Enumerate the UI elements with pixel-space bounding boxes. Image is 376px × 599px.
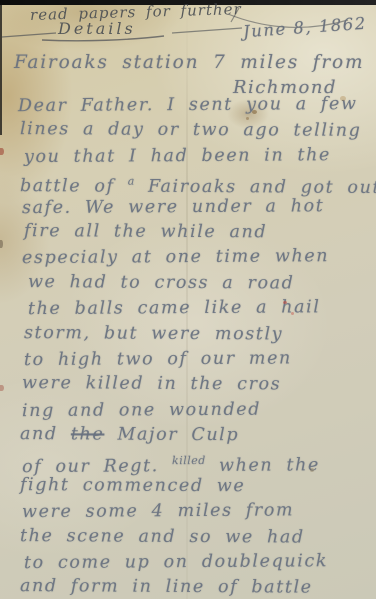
- letter-line: Dear Father. I sent you a few: [18, 92, 376, 120]
- letter-line: fight commenced we: [20, 473, 376, 500]
- inserted-word: a: [128, 175, 135, 188]
- paper-stain: [0, 148, 4, 155]
- paper-stain: [340, 96, 346, 101]
- paper-stain: [0, 240, 3, 248]
- letter-line: and the Major Culp: [20, 422, 376, 449]
- letter-line: storm, but were mostly: [24, 321, 376, 348]
- letter-line: fire all the while and: [24, 219, 376, 246]
- letter-heading-place: Fairoaks station 7 miles from: [14, 52, 364, 73]
- paper-stain: [310, 468, 314, 472]
- letter-line: and form in line of battle: [20, 574, 376, 599]
- letter-line: the scene and so we had: [20, 524, 376, 551]
- paper-stain: [283, 301, 287, 304]
- line-text: and: [20, 424, 71, 444]
- letter-date: June 8, 1862: [242, 14, 367, 42]
- paper-stain: [246, 117, 249, 120]
- letter-line: battle of a Fairoaks and got out: [20, 168, 376, 195]
- paper-stain: [291, 312, 294, 315]
- letter-line: ing and one wounded: [22, 397, 376, 425]
- letter-line: safe. We were under a hot: [22, 193, 376, 221]
- line-text: battle of: [20, 176, 128, 197]
- scan-edge-left: [0, 5, 2, 135]
- letter-line: the balls came like a hail: [28, 295, 376, 323]
- letter-page: read papers for further Details June 8, …: [0, 0, 376, 599]
- pencil-annotation-line2: Details: [58, 19, 136, 38]
- inserted-word: killed: [172, 454, 206, 467]
- struck-word: the: [71, 424, 105, 444]
- letter-line: especialy at one time when: [22, 244, 376, 272]
- letter-line: we had to cross a road: [28, 270, 376, 297]
- letter-line: to come up on doublequick: [24, 549, 376, 577]
- letter-line: lines a day or two ago telling: [20, 117, 376, 144]
- letter-line: you that I had been in the: [24, 143, 376, 171]
- paper-stain: [252, 110, 257, 114]
- letter-body: Dear Father. I sent you a few lines a da…: [10, 93, 376, 599]
- letter-line: to high two of our men: [24, 346, 376, 374]
- letter-line: were some 4 miles from: [22, 498, 376, 526]
- line-text: Major Culp: [104, 425, 239, 446]
- letter-line: of our Regt. killed when the: [22, 447, 376, 475]
- paper-stain: [0, 385, 4, 391]
- letter-line: were killed in the cros: [22, 371, 376, 398]
